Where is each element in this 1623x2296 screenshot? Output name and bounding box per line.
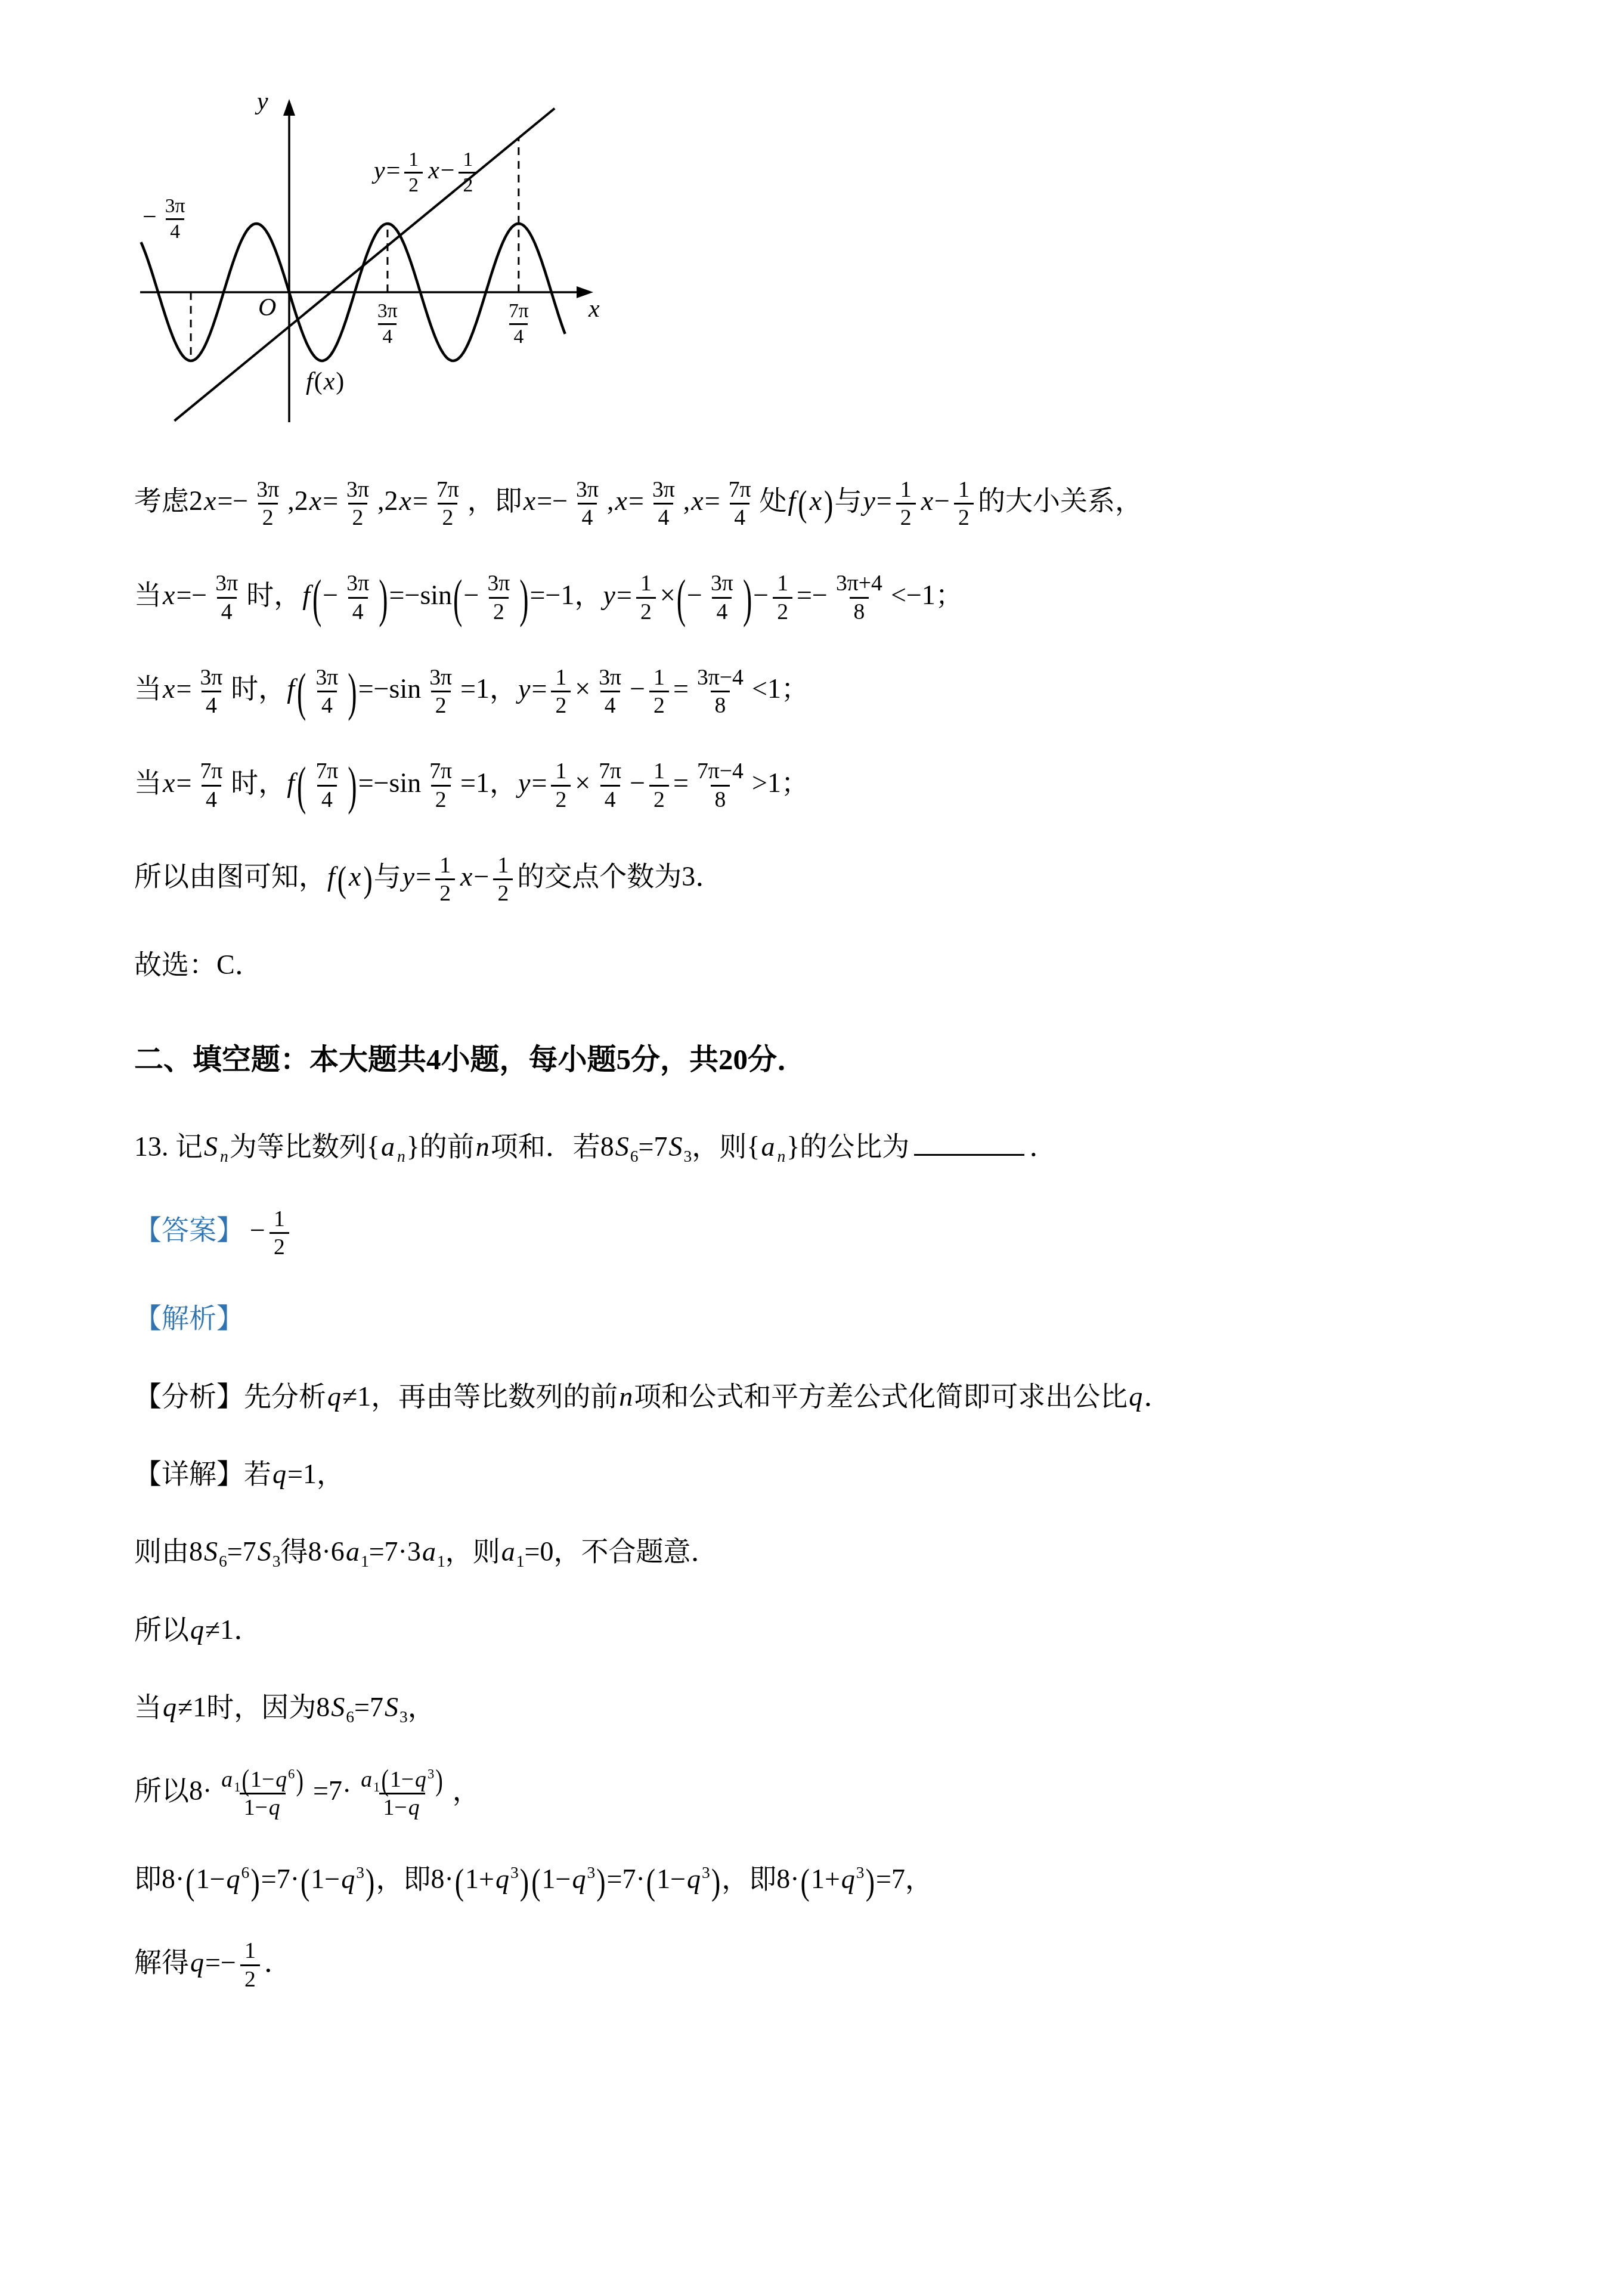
answer-choice-math: 故选：C． bbox=[134, 949, 262, 980]
paren: ( bbox=[185, 1865, 194, 1898]
paren: ) bbox=[824, 487, 833, 520]
solution-lines: 考虑2x=−3π2,2x=3π2,2x=7π2，即x=−3π4,x=3π4,x=… bbox=[134, 476, 1489, 1992]
origin-label: O bbox=[257, 295, 277, 321]
figure: yxOf(x)y=12x−12−3π43π47π4 bbox=[139, 95, 676, 438]
paren: ( bbox=[798, 487, 807, 520]
case-3pi-4-math: 当x=3π4时，f(3π4)=−sin3π2=1，y=12×3π4−12=3π−… bbox=[134, 673, 809, 704]
paren: ( bbox=[801, 1865, 810, 1898]
detail-line-6-math: 即8·(1−q6)=7·(1−q3)，即8·(1+q3)(1−q3)=7·(1−… bbox=[134, 1864, 933, 1894]
section-2-header-math: 二、填空题：本大题共4小题，每小题5分，共20分． bbox=[134, 1043, 806, 1076]
paren: ) bbox=[520, 1865, 529, 1898]
paren: ( bbox=[297, 762, 306, 810]
document-page: yxOf(x)y=12x−12−3π43π47π4 考虑2x=−3π2,2x=3… bbox=[0, 0, 1623, 1992]
paren: ( bbox=[453, 574, 462, 622]
paren: ) bbox=[743, 574, 752, 622]
line-equation-label: y=12x−12 bbox=[373, 148, 481, 197]
paren: ( bbox=[337, 863, 346, 896]
y-axis-arrow bbox=[283, 99, 295, 116]
paren: ( bbox=[301, 1865, 309, 1898]
paren: ( bbox=[381, 1768, 389, 1794]
answer-choice: 故选：C． bbox=[134, 946, 1489, 984]
paren: ) bbox=[596, 1865, 605, 1898]
section-2-header: 二、填空题：本大题共4小题，每小题5分，共20分． bbox=[134, 1039, 1489, 1081]
paren: ) bbox=[519, 574, 528, 622]
paren: ( bbox=[242, 1768, 250, 1794]
y-axis-label: y bbox=[256, 88, 270, 115]
paren: ( bbox=[455, 1865, 464, 1898]
case-neg-3pi-4-math: 当x=−3π4时，f(−3π4)=−sin(−3π2)=−1，y=12×(−3π… bbox=[134, 580, 963, 610]
analysis-header-tag: 【解析】 bbox=[134, 1303, 244, 1333]
paren: ) bbox=[866, 1865, 875, 1898]
detail-line-1: 【详解】若q=1， bbox=[134, 1455, 1489, 1493]
question-13: 13. 记Sn为等比数列{an}的前n项和．若8S6=7S3，则{an}的公比为… bbox=[134, 1127, 1489, 1166]
paren: ) bbox=[379, 574, 388, 622]
conclusion-intersections-math: 所以由图可知，f(x)与y=12x−12的交点个数为3． bbox=[134, 861, 723, 892]
case-7pi-4-math: 当x=7π4时，f(7π4)=−sin7π2=1，y=12×7π4−12=7π−… bbox=[134, 768, 809, 798]
case-3pi-4: 当x=3π4时，f(3π4)=−sin3π2=1，y=12×3π4−12=3π−… bbox=[134, 664, 1489, 719]
detail-line-4: 当q≠1时，因为8S6=7S3， bbox=[134, 1688, 1489, 1726]
case-neg-3pi-4: 当x=−3π4时，f(−3π4)=−sin(−3π2)=−1，y=12×(−3π… bbox=[134, 570, 1489, 624]
answer-blank bbox=[914, 1127, 1024, 1156]
detail-line-3-math: 所以q≠1． bbox=[134, 1614, 261, 1645]
answer-13: 【答案】−12 bbox=[134, 1206, 1489, 1260]
answer-13-math: −12 bbox=[250, 1215, 293, 1245]
conclusion-intersections: 所以由图可知，f(x)与y=12x−12的交点个数为3． bbox=[134, 852, 1489, 906]
paren: ) bbox=[364, 863, 373, 896]
detail-line-6: 即8·(1−q6)=7·(1−q3)，即8·(1+q3)(1−q3)=7·(1−… bbox=[134, 1860, 1489, 1898]
detail-line-7: 解得q=−12． bbox=[134, 1938, 1489, 1992]
detail-line-2-math: 则由8S6=7S3得8·6a1=7·3a1，则a1=0，不合题意． bbox=[134, 1536, 718, 1567]
consider-line-math: 考虑2x=−3π2,2x=3π2,2x=7π2，即x=−3π4,x=3π4,x=… bbox=[134, 485, 1142, 516]
detail-line-5-math: 所以8·a1(1−q6)1−q=7·a1(1−q3)1−q， bbox=[134, 1775, 480, 1806]
detail-line-1-math: 【详解】若q=1， bbox=[134, 1459, 344, 1489]
detail-line-5: 所以8·a1(1−q6)1−q=7·a1(1−q3)1−q， bbox=[134, 1766, 1489, 1821]
analysis-line-math: 【分析】先分析q≠1，再由等比数列的前n项和公式和平方差公式化简即可求出公比q． bbox=[134, 1381, 1171, 1412]
detail-line-7-math: 解得q=−12． bbox=[134, 1947, 292, 1978]
x-axis-label: x bbox=[587, 296, 601, 322]
detail-line-3: 所以q≠1． bbox=[134, 1611, 1489, 1649]
paren: ) bbox=[366, 1865, 374, 1898]
answer-13-tag: 【答案】 bbox=[134, 1215, 244, 1245]
paren: ) bbox=[296, 1768, 303, 1794]
detail-line-2: 则由8S6=7S3得8·6a1=7·3a1，则a1=0，不合题意． bbox=[134, 1533, 1489, 1571]
detail-line-4-math: 当q≠1时，因为8S6=7S3， bbox=[134, 1692, 435, 1722]
paren: ) bbox=[250, 1865, 259, 1898]
tick-3pi-4: 3π4 bbox=[369, 299, 406, 348]
figure-svg bbox=[139, 95, 676, 438]
paren: ( bbox=[297, 667, 306, 716]
tick-neg-3pi-4: −3π4 bbox=[143, 194, 193, 243]
paren: ( bbox=[312, 574, 321, 622]
paren: ( bbox=[677, 574, 686, 622]
analysis-header: 【解析】 bbox=[134, 1299, 1489, 1338]
question-13-math: 13. 记Sn为等比数列{an}的前n项和．若8S6=7S3，则{an}的公比为… bbox=[134, 1131, 1057, 1162]
analysis-line: 【分析】先分析q≠1，再由等比数列的前n项和公式和平方差公式化简即可求出公比q． bbox=[134, 1378, 1489, 1416]
paren: ( bbox=[646, 1865, 655, 1898]
paren: ) bbox=[348, 667, 357, 716]
tick-7pi-4: 7π4 bbox=[500, 299, 537, 348]
consider-line: 考虑2x=−3π2,2x=3π2,2x=7π2，即x=−3π4,x=3π4,x=… bbox=[134, 476, 1489, 531]
paren: ) bbox=[711, 1865, 720, 1898]
curve-label: f(x) bbox=[305, 369, 344, 395]
paren: ( bbox=[531, 1865, 540, 1898]
paren: ) bbox=[435, 1768, 443, 1794]
case-7pi-4: 当x=7π4时，f(7π4)=−sin7π2=1，y=12×7π4−12=7π−… bbox=[134, 758, 1489, 812]
paren: ) bbox=[348, 762, 357, 810]
